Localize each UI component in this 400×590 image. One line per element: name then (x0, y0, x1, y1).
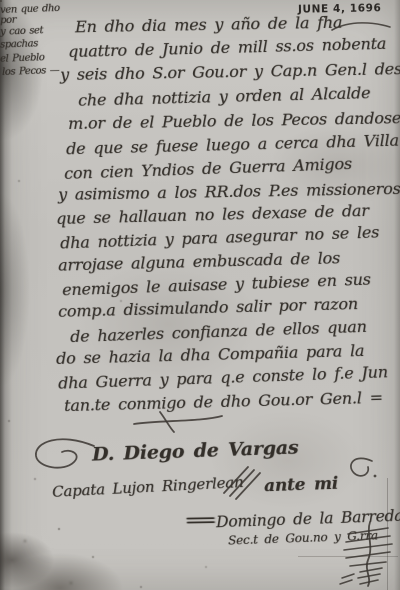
secretary-lead-dashes: = (181, 507, 219, 532)
manuscript-page: JUNE 4, 1696 ven que dho por y cao set s… (0, 0, 400, 590)
cross-flourish-icon (130, 408, 225, 434)
ink-specks (0, 0, 2, 2)
fold-line-horizontal (298, 556, 398, 557)
flourish-loop-icon (344, 455, 378, 483)
margin-note-line: el Pueblo (0, 52, 45, 65)
body-line: y asimismo a los RR.dos P.es missioneros (58, 179, 400, 204)
margin-note-line: por (0, 15, 16, 27)
line-swash-icon (330, 18, 392, 34)
body-line: En dho dia mes y año de la fha (75, 13, 343, 37)
body-line: arrojase alguna embuscada de los (58, 248, 340, 274)
attestation-ante-mi: ante mi (264, 474, 339, 497)
body-line: quattro de Junio de mill ss.os nobenta (68, 34, 387, 61)
body-line: che dha nottizia y orden al Alcalde (78, 83, 371, 110)
notarial-crosshatch-rubric-icon (330, 520, 400, 588)
margin-note-line: los Pecos — (2, 65, 60, 78)
notary-slash-rubric-icon (222, 463, 266, 501)
body-line: con cien Yndios de Guerra Amigos (64, 154, 352, 183)
body-line: comp.a dissimulando salir por razon (58, 294, 358, 321)
vargas-rubric-icon (30, 436, 100, 474)
body-line: y seis dho S.or Gou.or y Cap.n Gen.l des… (60, 59, 400, 84)
margin-note-line: y cao set (0, 25, 43, 37)
fold-line-vertical (387, 478, 388, 590)
body-line: m.or de el Pueblo de los Pecos dandosela (68, 108, 400, 133)
signature-diego-de-vargas: D. Diego de Vargas (92, 436, 299, 465)
margin-note-line: spachas (0, 38, 38, 50)
witness-signature: Capata Lujon Ringerlean (52, 473, 244, 501)
